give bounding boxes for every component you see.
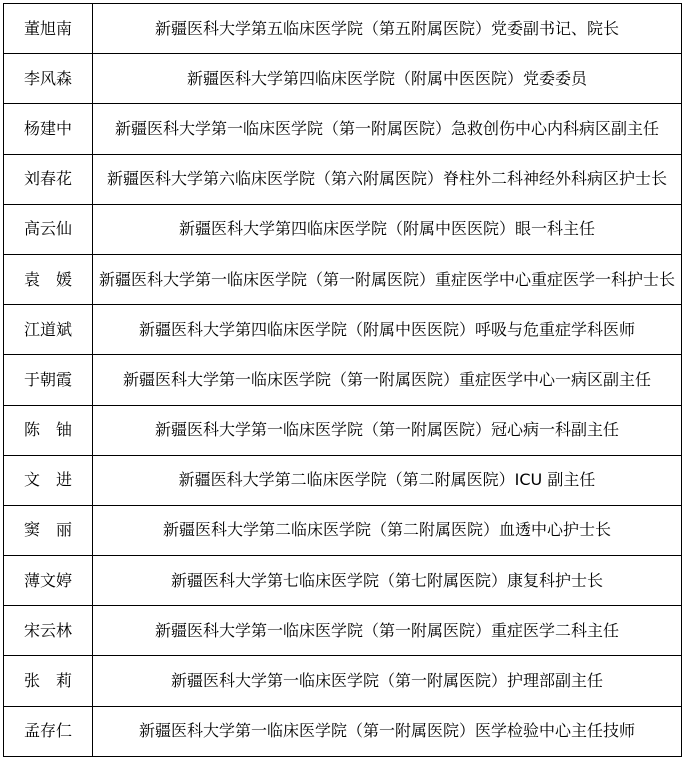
table-row: 江道斌新疆医科大学第四临床医学院（附属中医医院）呼吸与危重症学科医师 bbox=[4, 305, 682, 355]
position-cell: 新疆医科大学第一临床医学院（第一附属医院）冠心病一科副主任 bbox=[93, 405, 682, 455]
table-row: 董旭南新疆医科大学第五临床医学院（第五附属医院）党委副书记、院长 bbox=[4, 4, 682, 54]
position-cell: 新疆医科大学第一临床医学院（第一附属医院）重症医学二科主任 bbox=[93, 606, 682, 656]
position-cell: 新疆医科大学第五临床医学院（第五附属医院）党委副书记、院长 bbox=[93, 4, 682, 54]
person-name-cell: 陈 铀 bbox=[4, 405, 93, 455]
person-name-cell: 窦 丽 bbox=[4, 505, 93, 555]
table-row: 陈 铀新疆医科大学第一临床医学院（第一附属医院）冠心病一科副主任 bbox=[4, 405, 682, 455]
position-cell: 新疆医科大学第二临床医学院（第二附属医院）ICU 副主任 bbox=[93, 455, 682, 505]
table-row: 张 莉新疆医科大学第一临床医学院（第一附属医院）护理部副主任 bbox=[4, 656, 682, 706]
table-row: 宋云林新疆医科大学第一临床医学院（第一附属医院）重症医学二科主任 bbox=[4, 606, 682, 656]
person-name-cell: 宋云林 bbox=[4, 606, 93, 656]
position-cell: 新疆医科大学第一临床医学院（第一附属医院）重症医学中心重症医学一科护士长 bbox=[93, 254, 682, 304]
person-name-cell: 李风森 bbox=[4, 54, 93, 104]
table-row: 窦 丽新疆医科大学第二临床医学院（第二附属医院）血透中心护士长 bbox=[4, 505, 682, 555]
table-row: 刘春花新疆医科大学第六临床医学院（第六附属医院）脊柱外二科神经外科病区护士长 bbox=[4, 154, 682, 204]
table-row: 高云仙新疆医科大学第四临床医学院（附属中医医院）眼一科主任 bbox=[4, 204, 682, 254]
table-row: 文 进新疆医科大学第二临床医学院（第二附属医院）ICU 副主任 bbox=[4, 455, 682, 505]
table-row: 杨建中新疆医科大学第一临床医学院（第一附属医院）急救创伤中心内科病区副主任 bbox=[4, 104, 682, 154]
table-row: 于朝霞新疆医科大学第一临床医学院（第一附属医院）重症医学中心一病区副主任 bbox=[4, 355, 682, 405]
position-cell: 新疆医科大学第四临床医学院（附属中医医院）呼吸与危重症学科医师 bbox=[93, 305, 682, 355]
person-name-cell: 江道斌 bbox=[4, 305, 93, 355]
position-cell: 新疆医科大学第一临床医学院（第一附属医院）重症医学中心一病区副主任 bbox=[93, 355, 682, 405]
position-cell: 新疆医科大学第二临床医学院（第二附属医院）血透中心护士长 bbox=[93, 505, 682, 555]
person-name-cell: 孟存仁 bbox=[4, 706, 93, 756]
person-name-cell: 董旭南 bbox=[4, 4, 93, 54]
person-name-cell: 张 莉 bbox=[4, 656, 93, 706]
table-row: 薄文婷新疆医科大学第七临床医学院（第七附属医院）康复科护士长 bbox=[4, 556, 682, 606]
person-name-cell: 薄文婷 bbox=[4, 556, 93, 606]
table-row: 孟存仁新疆医科大学第一临床医学院（第一附属医院）医学检验中心主任技师 bbox=[4, 706, 682, 756]
table-row: 袁 媛新疆医科大学第一临床医学院（第一附属医院）重症医学中心重症医学一科护士长 bbox=[4, 254, 682, 304]
person-name-cell: 袁 媛 bbox=[4, 254, 93, 304]
position-cell: 新疆医科大学第四临床医学院（附属中医医院）眼一科主任 bbox=[93, 204, 682, 254]
table-body: 董旭南新疆医科大学第五临床医学院（第五附属医院）党委副书记、院长李风森新疆医科大… bbox=[4, 4, 682, 757]
person-name-cell: 文 进 bbox=[4, 455, 93, 505]
person-name-cell: 于朝霞 bbox=[4, 355, 93, 405]
position-cell: 新疆医科大学第四临床医学院（附属中医医院）党委委员 bbox=[93, 54, 682, 104]
position-cell: 新疆医科大学第七临床医学院（第七附属医院）康复科护士长 bbox=[93, 556, 682, 606]
position-cell: 新疆医科大学第一临床医学院（第一附属医院）急救创伤中心内科病区副主任 bbox=[93, 104, 682, 154]
personnel-roster-table: 董旭南新疆医科大学第五临床医学院（第五附属医院）党委副书记、院长李风森新疆医科大… bbox=[3, 3, 682, 757]
position-cell: 新疆医科大学第一临床医学院（第一附属医院）护理部副主任 bbox=[93, 656, 682, 706]
person-name-cell: 杨建中 bbox=[4, 104, 93, 154]
position-cell: 新疆医科大学第六临床医学院（第六附属医院）脊柱外二科神经外科病区护士长 bbox=[93, 154, 682, 204]
position-cell: 新疆医科大学第一临床医学院（第一附属医院）医学检验中心主任技师 bbox=[93, 706, 682, 756]
table-row: 李风森新疆医科大学第四临床医学院（附属中医医院）党委委员 bbox=[4, 54, 682, 104]
person-name-cell: 高云仙 bbox=[4, 204, 93, 254]
person-name-cell: 刘春花 bbox=[4, 154, 93, 204]
